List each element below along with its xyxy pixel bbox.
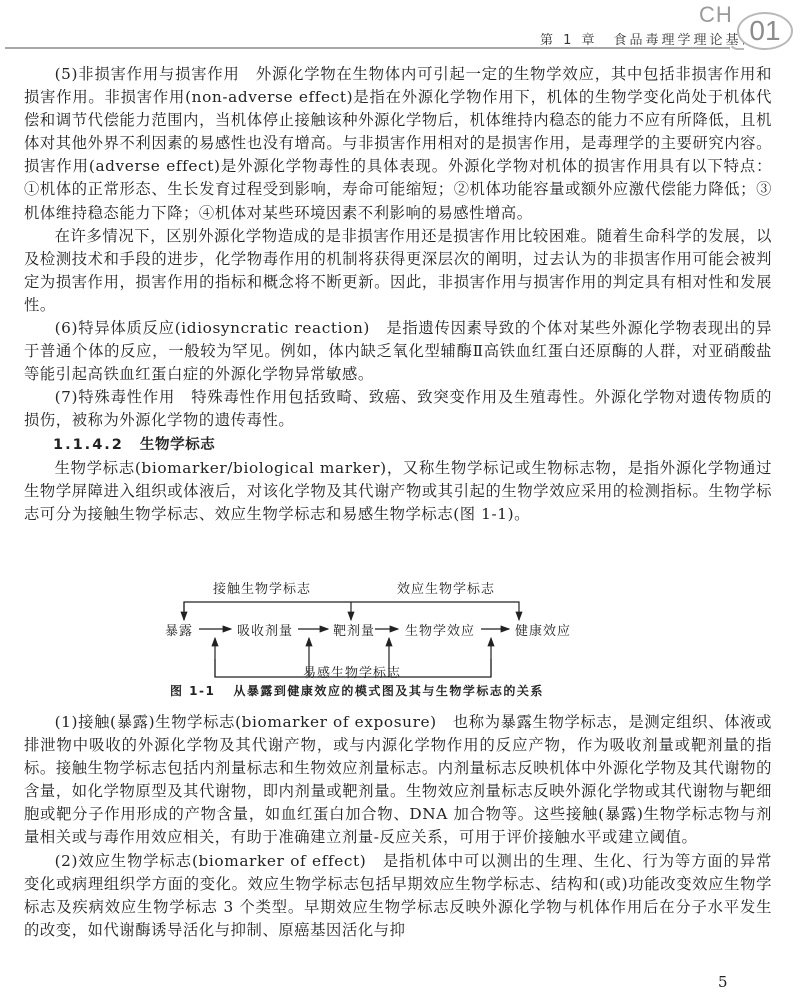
figure-caption: 图 1-1从暴露到健康效应的模式图及其与生物学标志的关系 xyxy=(170,682,630,699)
figure-caption-text: 从暴露到健康效应的模式图及其与生物学标志的关系 xyxy=(233,684,544,698)
label-effect-biomarker: 效应生物学标志 xyxy=(397,578,495,597)
paragraph-biomarker-definition: 生物学标志(biomarker/biological marker)，又称生物学… xyxy=(24,457,772,526)
chapter-ch-label: CH xyxy=(699,2,733,28)
paragraph-effect-biomarker: (2)效应生物学标志(biomarker of effect) 是指机体中可以测… xyxy=(24,850,772,942)
page-body-upper: (5)非损害作用与损害作用 外源化学物在生物体内可引起一定的生物学效应，其中包括… xyxy=(24,63,772,526)
node-target-dose: 靶剂量 xyxy=(333,620,375,639)
page-body-lower: (1)接触(暴露)生物学标志(biomarker of exposure) 也称… xyxy=(24,711,772,942)
label-susceptibility-biomarker: 易感生物学标志 xyxy=(303,662,401,681)
section-heading: 1.1.4.2生物学标志 xyxy=(24,433,772,457)
chapter-number-badge: 01 xyxy=(737,12,793,50)
section-number: 1.1.4.2 xyxy=(53,437,124,453)
node-exposure: 暴露 xyxy=(165,620,193,639)
paragraph-special-toxicity: (7)特殊毒性作用 特殊毒性作用包括致畸、致癌、致突变作用及生殖毒性。外源化学物… xyxy=(24,386,772,432)
label-exposure-biomarker: 接触生物学标志 xyxy=(213,578,311,597)
node-biological-effect: 生物学效应 xyxy=(405,620,475,639)
section-title: 生物学标志 xyxy=(140,437,216,453)
paragraph-judgement: 在许多情况下，区别外源化学物造成的是非损害作用还是损害作用比较困难。随着生命科学… xyxy=(24,225,772,317)
page-number: 5 xyxy=(718,973,728,991)
paragraph-exposure-biomarker: (1)接触(暴露)生物学标志(biomarker of exposure) 也称… xyxy=(24,711,772,850)
figure-number: 图 1-1 xyxy=(170,684,215,698)
chapter-title: 第 1 章 食品毒理学理论基础 xyxy=(540,29,720,48)
node-health-effect: 健康效应 xyxy=(515,620,571,639)
paragraph-non-adverse-effect: (5)非损害作用与损害作用 外源化学物在生物体内可引起一定的生物学效应，其中包括… xyxy=(24,63,772,225)
paragraph-idiosyncratic: (6)特异体质反应(idiosyncratic reaction) 是指遗传因素… xyxy=(24,317,772,386)
node-absorbed-dose: 吸收剂量 xyxy=(237,620,293,639)
